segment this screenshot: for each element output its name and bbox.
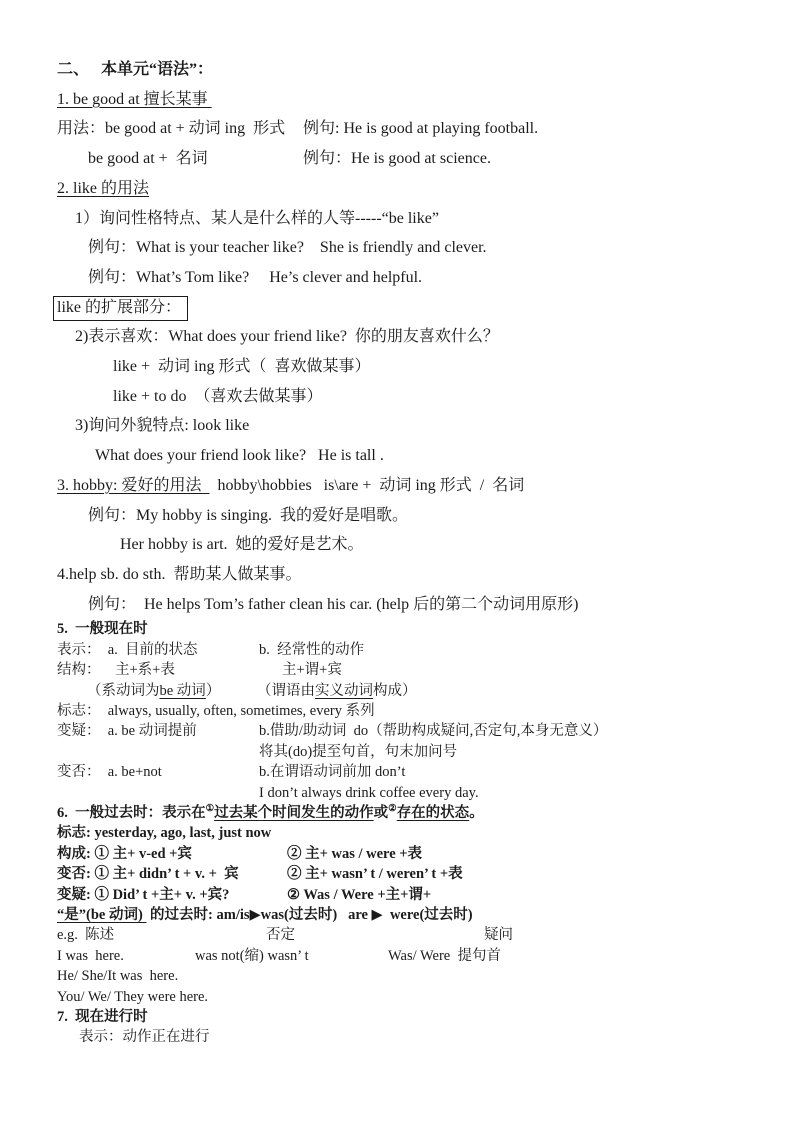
text-segment: ② 主+ was / were +表 — [287, 846, 422, 862]
column-text: 例句: He is good at playing football. — [303, 114, 538, 144]
text-segment: 变疑: ① Did’ t +主+ v. +宾? — [57, 887, 229, 903]
text-segment: 否定 — [266, 927, 295, 943]
text-segment: be 动词 — [160, 683, 206, 699]
column-text: （谓语由实义动词构成） — [257, 681, 417, 701]
rule-5-question: 变疑： a. be 动词提前b.借助/助动词 do（帮助构成疑问,否定句,本身无… — [57, 721, 755, 741]
text-segment: 将其(do)提至句首，句末加问号 — [259, 744, 457, 760]
column-text: b.在谓语动词前加 don’t — [259, 762, 405, 782]
rule-4-example: 例句： He helps Tom’s father clean his car.… — [57, 590, 755, 620]
text-segment: ） — [206, 683, 221, 699]
rule-7-express: 表示：动作正在进行 — [57, 1027, 755, 1047]
text-segment: b. 经常性的动作 — [259, 642, 364, 658]
text-segment: e.g. 陈述 — [57, 927, 114, 943]
column-text: 疑问 — [484, 925, 513, 945]
like-extension-box: like 的扩展部分： — [57, 293, 755, 323]
rule-1-heading: 1. be good at 擅长某事 — [57, 85, 755, 115]
text-segment: ① — [206, 804, 215, 814]
eg-table-row-3: You/ We/ They were here. — [57, 987, 755, 1007]
text-segment: b.借助/助动词 do（帮助构成疑问,否定句,本身无意义） — [259, 723, 607, 739]
eg-table-row-2: He/ She/It was here. — [57, 966, 755, 986]
text-segment: 2)表示喜欢：What does your friend like? 你的朋友喜… — [75, 328, 499, 345]
column-text: was not(缩) wasn’ t — [195, 946, 309, 966]
rule-1-usage-ing: 用法：be good at + 动词 ing 形式例句: He is good … — [57, 114, 755, 144]
text-segment: 例句：What is your teacher like? She is fri… — [88, 239, 487, 256]
text-segment: 例句：He is good at science. — [303, 150, 491, 167]
rule-5-heading: 5. 一般现在时 — [57, 619, 755, 639]
text-segment: Was/ Were 提句首 — [388, 948, 501, 964]
text-segment: 表示：动作正在进行 — [79, 1029, 210, 1045]
column-text: ② Was / Were +主+谓+ — [287, 885, 431, 905]
text-segment: （谓语由 — [257, 683, 315, 699]
text-segment: 例句：What’s Tom like? He’s clever and help… — [88, 269, 422, 286]
rule-6-markers: 标志: yesterday, ago, last, just now — [57, 823, 755, 843]
text-segment: 的过去时: am/is▶was(过去时) are ▶ were(过去时) — [146, 907, 472, 923]
unit-grammar-title: 二、 本单元“语法”： — [57, 55, 755, 85]
text-segment: 7. 现在进行时 — [57, 1009, 148, 1025]
document-page: 二、 本单元“语法”：1. be good at 擅长某事 用法：be good… — [0, 0, 793, 1122]
rule-2-example-2: 例句：What’s Tom like? He’s clever and help… — [57, 263, 755, 293]
text-segment: 变疑： a. be 动词提前 — [57, 723, 197, 739]
text-segment: 3. hobby: 爱好的用法 — [57, 477, 209, 494]
text-segment: like + 动词 ing 形式（ 喜欢做某事） — [113, 358, 370, 375]
text-segment: 存在的状态 — [397, 805, 470, 821]
text-segment: 主+谓+宾 — [282, 662, 342, 678]
column-text: ② 主+ wasn’ t / weren’ t +表 — [287, 864, 463, 884]
like-todo-pattern: like + to do （喜欢去做某事） — [57, 382, 755, 412]
column-text: Was/ Were 提句首 — [388, 946, 501, 966]
text-segment: ② Was / Were +主+谓+ — [287, 887, 431, 903]
text-segment: 例句: He is good at playing football. — [303, 120, 538, 137]
column-text: b.借助/助动词 do（帮助构成疑问,否定句,本身无意义） — [259, 721, 607, 741]
rule-6-heading: 6. 一般过去时：表示在①过去某个时间发生的动作或②存在的状态。 — [57, 803, 755, 823]
text-segment: What does your friend look like? He is t… — [95, 447, 384, 464]
text-segment: 标志： always, usually, often, sometimes, e… — [57, 703, 375, 719]
text-segment: 变否： a. be+not — [57, 764, 162, 780]
text-segment: 构成: ① 主+ v-ed +宾 — [57, 846, 192, 862]
rule-5-question-cont: 将其(do)提至句首，句末加问号 — [57, 742, 755, 762]
rule-2-heading: 2. like 的用法 — [57, 174, 755, 204]
text-segment: 或 — [374, 805, 389, 821]
rule-3-heading: 3. hobby: 爱好的用法 hobby\hobbies is\are + 动… — [57, 471, 755, 501]
text-segment: 二、 本单元“语法”： — [57, 61, 213, 78]
text-segment: 1. be good at 擅长某事 — [57, 91, 212, 108]
column-text: 否定 — [266, 925, 295, 945]
eg-table-header: e.g. 陈述否定疑问 — [57, 925, 755, 945]
rule-3-example-1: 例句：My hobby is singing. 我的爱好是唱歌。 — [57, 501, 755, 531]
column-text: ② 主+ was / were +表 — [287, 844, 422, 864]
text-segment: I was here. — [57, 948, 124, 964]
text-segment: 5. 一般现在时 — [57, 621, 148, 637]
text-segment: I don’t always drink coffee every day. — [259, 785, 479, 801]
look-like-example: What does your friend look like? He is t… — [57, 441, 755, 471]
text-segment: 1）询问性格特点、某人是什么样的人等-----“be like” — [75, 210, 439, 227]
rule-2-item-1: 1）询问性格特点、某人是什么样的人等-----“be like” — [57, 204, 755, 234]
text-segment: ② — [388, 804, 397, 814]
rule-6-form: 构成: ① 主+ v-ed +宾② 主+ was / were +表 — [57, 844, 755, 864]
text-segment: 。 — [469, 805, 484, 821]
rule-5-negative: 变否： a. be+notb.在谓语动词前加 don’t — [57, 762, 755, 782]
rule-2-example-1: 例句：What is your teacher like? She is fri… — [57, 233, 755, 263]
text-segment: “是”(be 动词) — [57, 907, 146, 923]
rule-5-markers: 标志： always, usually, often, sometimes, e… — [57, 701, 755, 721]
text-segment: 过去某个时间发生的动作 — [214, 805, 374, 821]
text-segment: Her hobby is art. 她的爱好是艺术。 — [120, 536, 364, 553]
column-text: 将其(do)提至句首，句末加问号 — [259, 742, 457, 762]
text-segment: 标志: yesterday, ago, last, just now — [57, 825, 271, 841]
rule-5-express: 表示： a. 目前的状态b. 经常性的动作 — [57, 640, 755, 660]
text-segment: hobby\hobbies is\are + 动词 ing 形式 / 名词 — [209, 477, 524, 494]
text-segment: 实义动词 — [315, 683, 373, 699]
text-segment: 构成） — [373, 683, 417, 699]
text-segment: 表示： a. 目前的状态 — [57, 642, 198, 658]
rule-2-item-3: 3)询问外貌特点: look like — [57, 411, 755, 441]
text-segment: 例句： He helps Tom’s father clean his car.… — [88, 596, 579, 613]
column-text: b. 经常性的动作 — [259, 640, 364, 660]
text-segment: be good at + 名词 — [88, 150, 208, 167]
rule-5-structure-note: （系动词为be 动词）（谓语由实义动词构成） — [57, 681, 755, 701]
text-segment: （系动词为 — [87, 683, 160, 699]
text-segment: b.在谓语动词前加 don’t — [259, 764, 405, 780]
text-segment: 4.help sb. do sth. 帮助某人做某事。 — [57, 566, 301, 583]
text-segment: 例句：My hobby is singing. 我的爱好是唱歌。 — [88, 507, 408, 524]
text-segment: 用法：be good at + 动词 ing 形式 — [57, 120, 285, 137]
text-segment: like + to do （喜欢去做某事） — [113, 388, 322, 405]
rule-5-negative-example: I don’t always drink coffee every day. — [57, 783, 755, 803]
text-segment: 3)询问外貌特点: look like — [75, 417, 249, 434]
text-segment: 结构： 主+系+表 — [57, 662, 175, 678]
column-text: I don’t always drink coffee every day. — [259, 783, 479, 803]
rule-7-heading: 7. 现在进行时 — [57, 1007, 755, 1027]
text-segment: was not(缩) wasn’ t — [195, 948, 309, 964]
text-segment: 疑问 — [484, 927, 513, 943]
rule-2-item-2: 2)表示喜欢：What does your friend like? 你的朋友喜… — [57, 322, 755, 352]
text-segment: ② 主+ wasn’ t / weren’ t +表 — [287, 866, 463, 882]
boxed-note: like 的扩展部分： — [53, 296, 188, 321]
rule-4-heading: 4.help sb. do sth. 帮助某人做某事。 — [57, 560, 755, 590]
text-segment: 变否: ① 主+ didn’ t + v. + 宾 — [57, 866, 239, 882]
text-segment: 2. like 的用法 — [57, 180, 149, 197]
rule-6-question: 变疑: ① Did’ t +主+ v. +宾?② Was / Were +主+谓… — [57, 885, 755, 905]
rule-3-example-2: Her hobby is art. 她的爱好是艺术。 — [57, 530, 755, 560]
text-segment: He/ She/It was here. — [57, 968, 178, 984]
column-text: 主+谓+宾 — [282, 660, 342, 680]
be-past-tense: “是”(be 动词) 的过去时: am/is▶was(过去时) are ▶ we… — [57, 905, 755, 925]
text-segment: You/ We/ They were here. — [57, 989, 208, 1005]
column-text: 例句：He is good at science. — [303, 144, 491, 174]
rule-6-negative: 变否: ① 主+ didn’ t + v. + 宾② 主+ wasn’ t / … — [57, 864, 755, 884]
text-segment: 6. 一般过去时：表示在 — [57, 805, 206, 821]
eg-table-row-1: I was here.was not(缩) wasn’ tWas/ Were 提… — [57, 946, 755, 966]
like-ing-pattern: like + 动词 ing 形式（ 喜欢做某事） — [57, 352, 755, 382]
rule-1-usage-noun: be good at + 名词例句：He is good at science. — [57, 144, 755, 174]
rule-5-structure: 结构： 主+系+表主+谓+宾 — [57, 660, 755, 680]
